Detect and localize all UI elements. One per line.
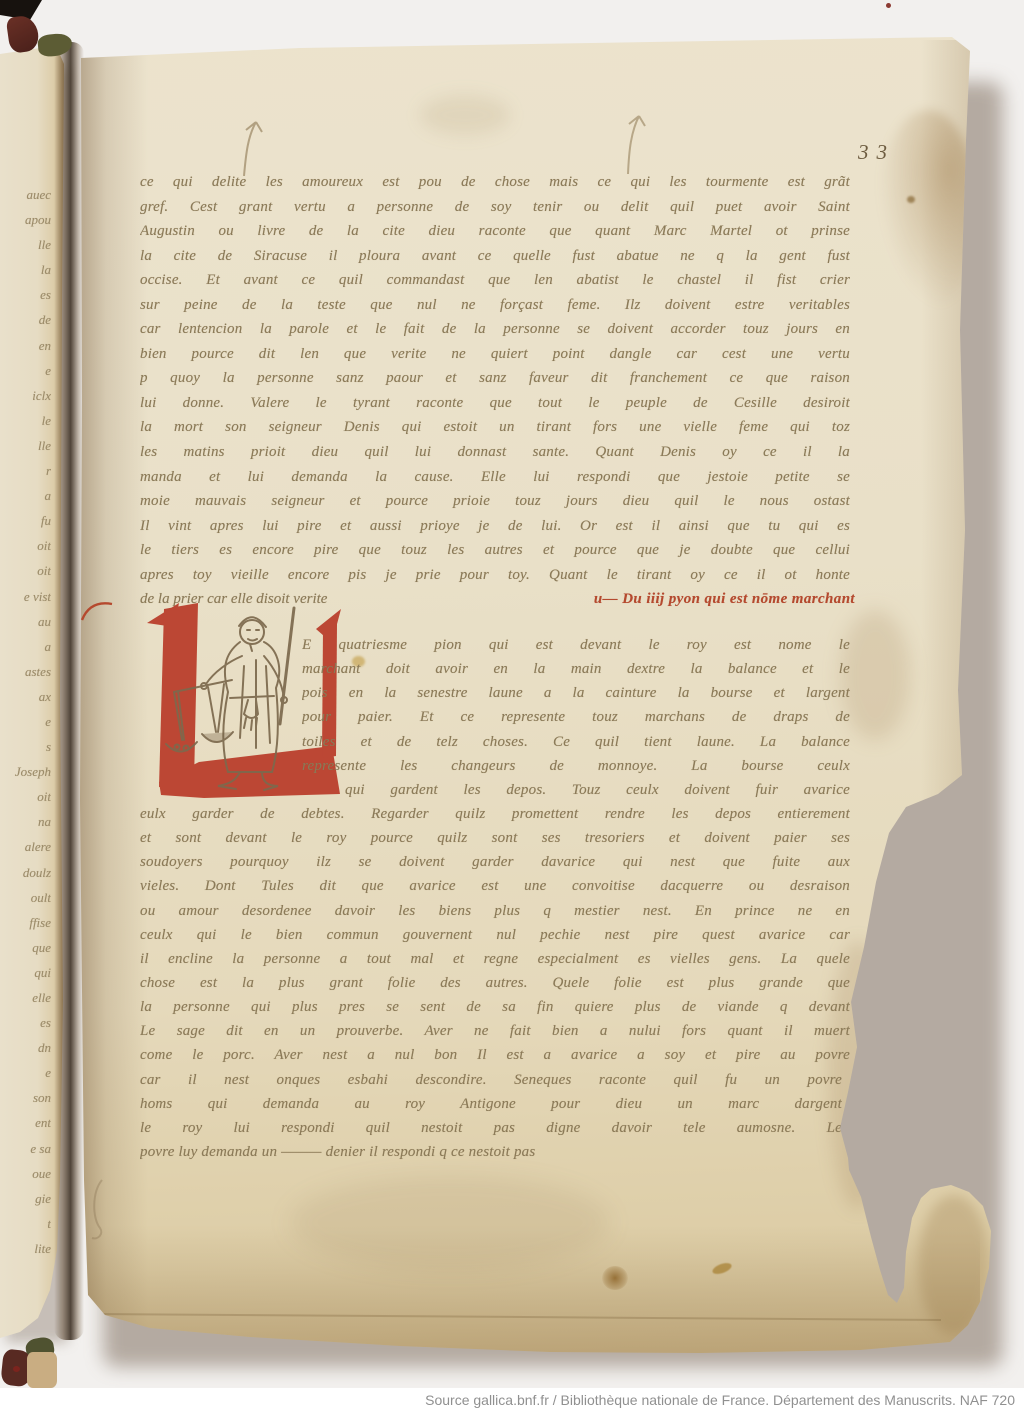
fragment-line: e sa <box>0 1136 51 1161</box>
manuscript-line: toiles et de telz choses. Ce quil tient … <box>302 730 850 754</box>
fragment-line: dn <box>0 1035 51 1060</box>
paint-speck <box>886 3 891 8</box>
fragment-line: de <box>0 307 51 332</box>
manuscript-line: Le sage dit en un prouverbe. Aver ne fai… <box>140 1019 850 1043</box>
fragment-line: ent <box>0 1110 51 1135</box>
manuscript-line: manda et lui demanda la cause. Elle lui … <box>140 465 850 490</box>
pen-flourish-icon <box>88 1178 110 1242</box>
manuscript-line: car il nest onques esbahi descondire. Se… <box>140 1068 842 1092</box>
manuscript-line: qui gardent les depos. Touz ceulx doiven… <box>345 778 850 802</box>
stain <box>420 95 510 135</box>
fragment-line: e <box>0 358 51 383</box>
manuscript-line: soudoyers pourquoy ilz se doivent garder… <box>140 850 850 874</box>
fragment-line: e vist <box>0 584 51 609</box>
fragment-line: a <box>0 483 51 508</box>
fragment-line: fu <box>0 508 51 533</box>
manuscript-line: lui donne. Valere le tyrant raconte que … <box>140 391 850 416</box>
fragment-line: oit <box>0 784 51 809</box>
fragment-line: astes <box>0 659 51 684</box>
manuscript-line: come le porc. Aver nest a nul bon Il est… <box>140 1043 850 1067</box>
manuscript-line: la personne qui plus pres se sent de sa … <box>140 995 850 1019</box>
manuscript-line: le tiers es encore pire que touz les aut… <box>140 538 850 563</box>
manuscript-line: vieles. Dont Tules dit que avarice est u… <box>140 874 850 898</box>
fragment-line: es <box>0 1010 51 1035</box>
fragment-line: en <box>0 333 51 358</box>
fragment-line: r <box>0 458 51 483</box>
fragment-line: oit <box>0 558 51 583</box>
fragment-line: e <box>0 1060 51 1085</box>
manuscript-line: p quoy la personne sanz paour et sanz fa… <box>140 366 850 391</box>
fragment-line: ffise <box>0 910 51 935</box>
manuscript-line: ce qui delite les amoureux est pou de ch… <box>140 170 850 195</box>
fragment-line: oult <box>0 885 51 910</box>
folio-number: 33 <box>858 140 895 165</box>
fragment-line: s <box>0 734 51 759</box>
fragment-line: iclx <box>0 383 51 408</box>
fragment-line: auec <box>0 182 51 207</box>
binding-tail-fragment <box>27 1352 57 1388</box>
attribution-bar: Source gallica.bnf.fr / Bibliothèque nat… <box>0 1388 1024 1413</box>
manuscript-line: la mort son seigneur Denis qui estoit un… <box>140 415 850 440</box>
fragment-line: doulz <box>0 860 51 885</box>
stain <box>840 610 910 740</box>
rubric-red-text: u— Du iiij pyon qui est nōme marchant <box>594 587 855 612</box>
fragment-line: Joseph <box>0 759 51 784</box>
red-margin-flourish-icon <box>80 596 114 624</box>
manuscript-line: ou amour desordenee davoir les biens plu… <box>140 899 850 923</box>
fragment-line: na <box>0 809 51 834</box>
fragment-line: gie <box>0 1186 51 1211</box>
manuscript-line: occise. Et avant ce quil commandast que … <box>140 268 850 293</box>
fragment-line: elle <box>0 985 51 1010</box>
fragment-line: lle <box>0 433 51 458</box>
manuscript-line: il encline la personne a tout mal et reg… <box>140 947 850 971</box>
manuscript-line: car lentencion la parole et le fait de l… <box>140 317 850 342</box>
facing-page-text-fragments: auecapoullelaesdeeneiclxlellerafuoitoite… <box>0 182 58 1261</box>
fragment-line: es <box>0 282 51 307</box>
pen-flourish-icon <box>236 118 266 176</box>
binding-tail-fragment <box>13 1366 20 1372</box>
fragment-line: oue <box>0 1161 51 1186</box>
manuscript-line: Augustin ou livre de la cite dieu racont… <box>140 219 850 244</box>
manuscript-line: apres toy vieille encore pis je prie pou… <box>140 563 850 588</box>
manuscript-line: povre luy demanda un ——— denier il respo… <box>140 1140 850 1164</box>
manuscript-line: pois en la senestre laune a la cainture … <box>302 681 850 705</box>
stain <box>290 1175 610 1270</box>
fragment-line: apou <box>0 207 51 232</box>
fragment-line: la <box>0 257 51 282</box>
manuscript-line: gref. Cest grant vertu a personne de soy… <box>140 195 850 220</box>
manuscript-line: sur peine de la teste que nul ne forçast… <box>140 293 850 318</box>
manuscript-line: bien pource dit len que verite ne quiert… <box>140 342 850 367</box>
fragment-line: a <box>0 634 51 659</box>
manuscript-line: le roy lui respondi quil nestoit pas dig… <box>140 1116 842 1140</box>
fragment-line: que <box>0 935 51 960</box>
manuscript-line: represente les changeurs de monnoye. La … <box>302 754 850 778</box>
fragment-line: son <box>0 1085 51 1110</box>
manuscript-line: la cite de Siracuse il ploura avant ce q… <box>140 244 850 269</box>
manuscript-line: pour paier. Et ce represente touz marcha… <box>302 705 850 729</box>
gutter-shadow <box>54 42 84 1340</box>
manuscript-line: Il vint apres lui pire et aussi prioye j… <box>140 514 850 539</box>
manuscript-line: homs qui demanda au roy Antigone pour di… <box>140 1092 842 1116</box>
manuscript-line: marchant doit avoir en la main dextre la… <box>302 657 850 681</box>
fragment-line: le <box>0 408 51 433</box>
stain <box>907 196 915 203</box>
binding-fragment <box>6 14 41 54</box>
manuscript-line: chose est la plus grant folie des autres… <box>140 971 850 995</box>
manuscript-line: et sont devant le roy pource quilz sont … <box>140 826 850 850</box>
fragment-line: au <box>0 609 51 634</box>
fragment-line: e <box>0 709 51 734</box>
fragment-line: qui <box>0 960 51 985</box>
manuscript-line: eulx garder de debtes. Regarder quilz pr… <box>140 802 850 826</box>
fragment-line: oit <box>0 533 51 558</box>
fragment-line: alere <box>0 834 51 859</box>
text-block-lower: E quatriesme pion qui est devant le roy … <box>140 633 850 1164</box>
stain <box>602 1266 628 1290</box>
digitized-manuscript-page: auecapoullelaesdeeneiclxlellerafuoitoite… <box>0 0 1024 1413</box>
fragment-line: t <box>0 1211 51 1236</box>
manuscript-line: moie mauvais seigneur et pource prioie t… <box>140 489 850 514</box>
manuscript-line: les matins prioit dieu quil lui donnast … <box>140 440 850 465</box>
fragment-line: lle <box>0 232 51 257</box>
attribution-text: Source gallica.bnf.fr / Bibliothèque nat… <box>0 1388 1024 1413</box>
fragment-line: lite <box>0 1236 51 1261</box>
fragment-line: ax <box>0 684 51 709</box>
leaf-inner-margin-shading <box>78 36 148 1356</box>
text-block-upper: ce qui delite les amoureux est pou de ch… <box>140 170 850 587</box>
manuscript-line: ceulx qui le bien commun gouvernent nul … <box>140 923 850 947</box>
pen-flourish-icon <box>618 112 648 174</box>
manuscript-line: E quatriesme pion qui est devant le roy … <box>302 633 850 657</box>
